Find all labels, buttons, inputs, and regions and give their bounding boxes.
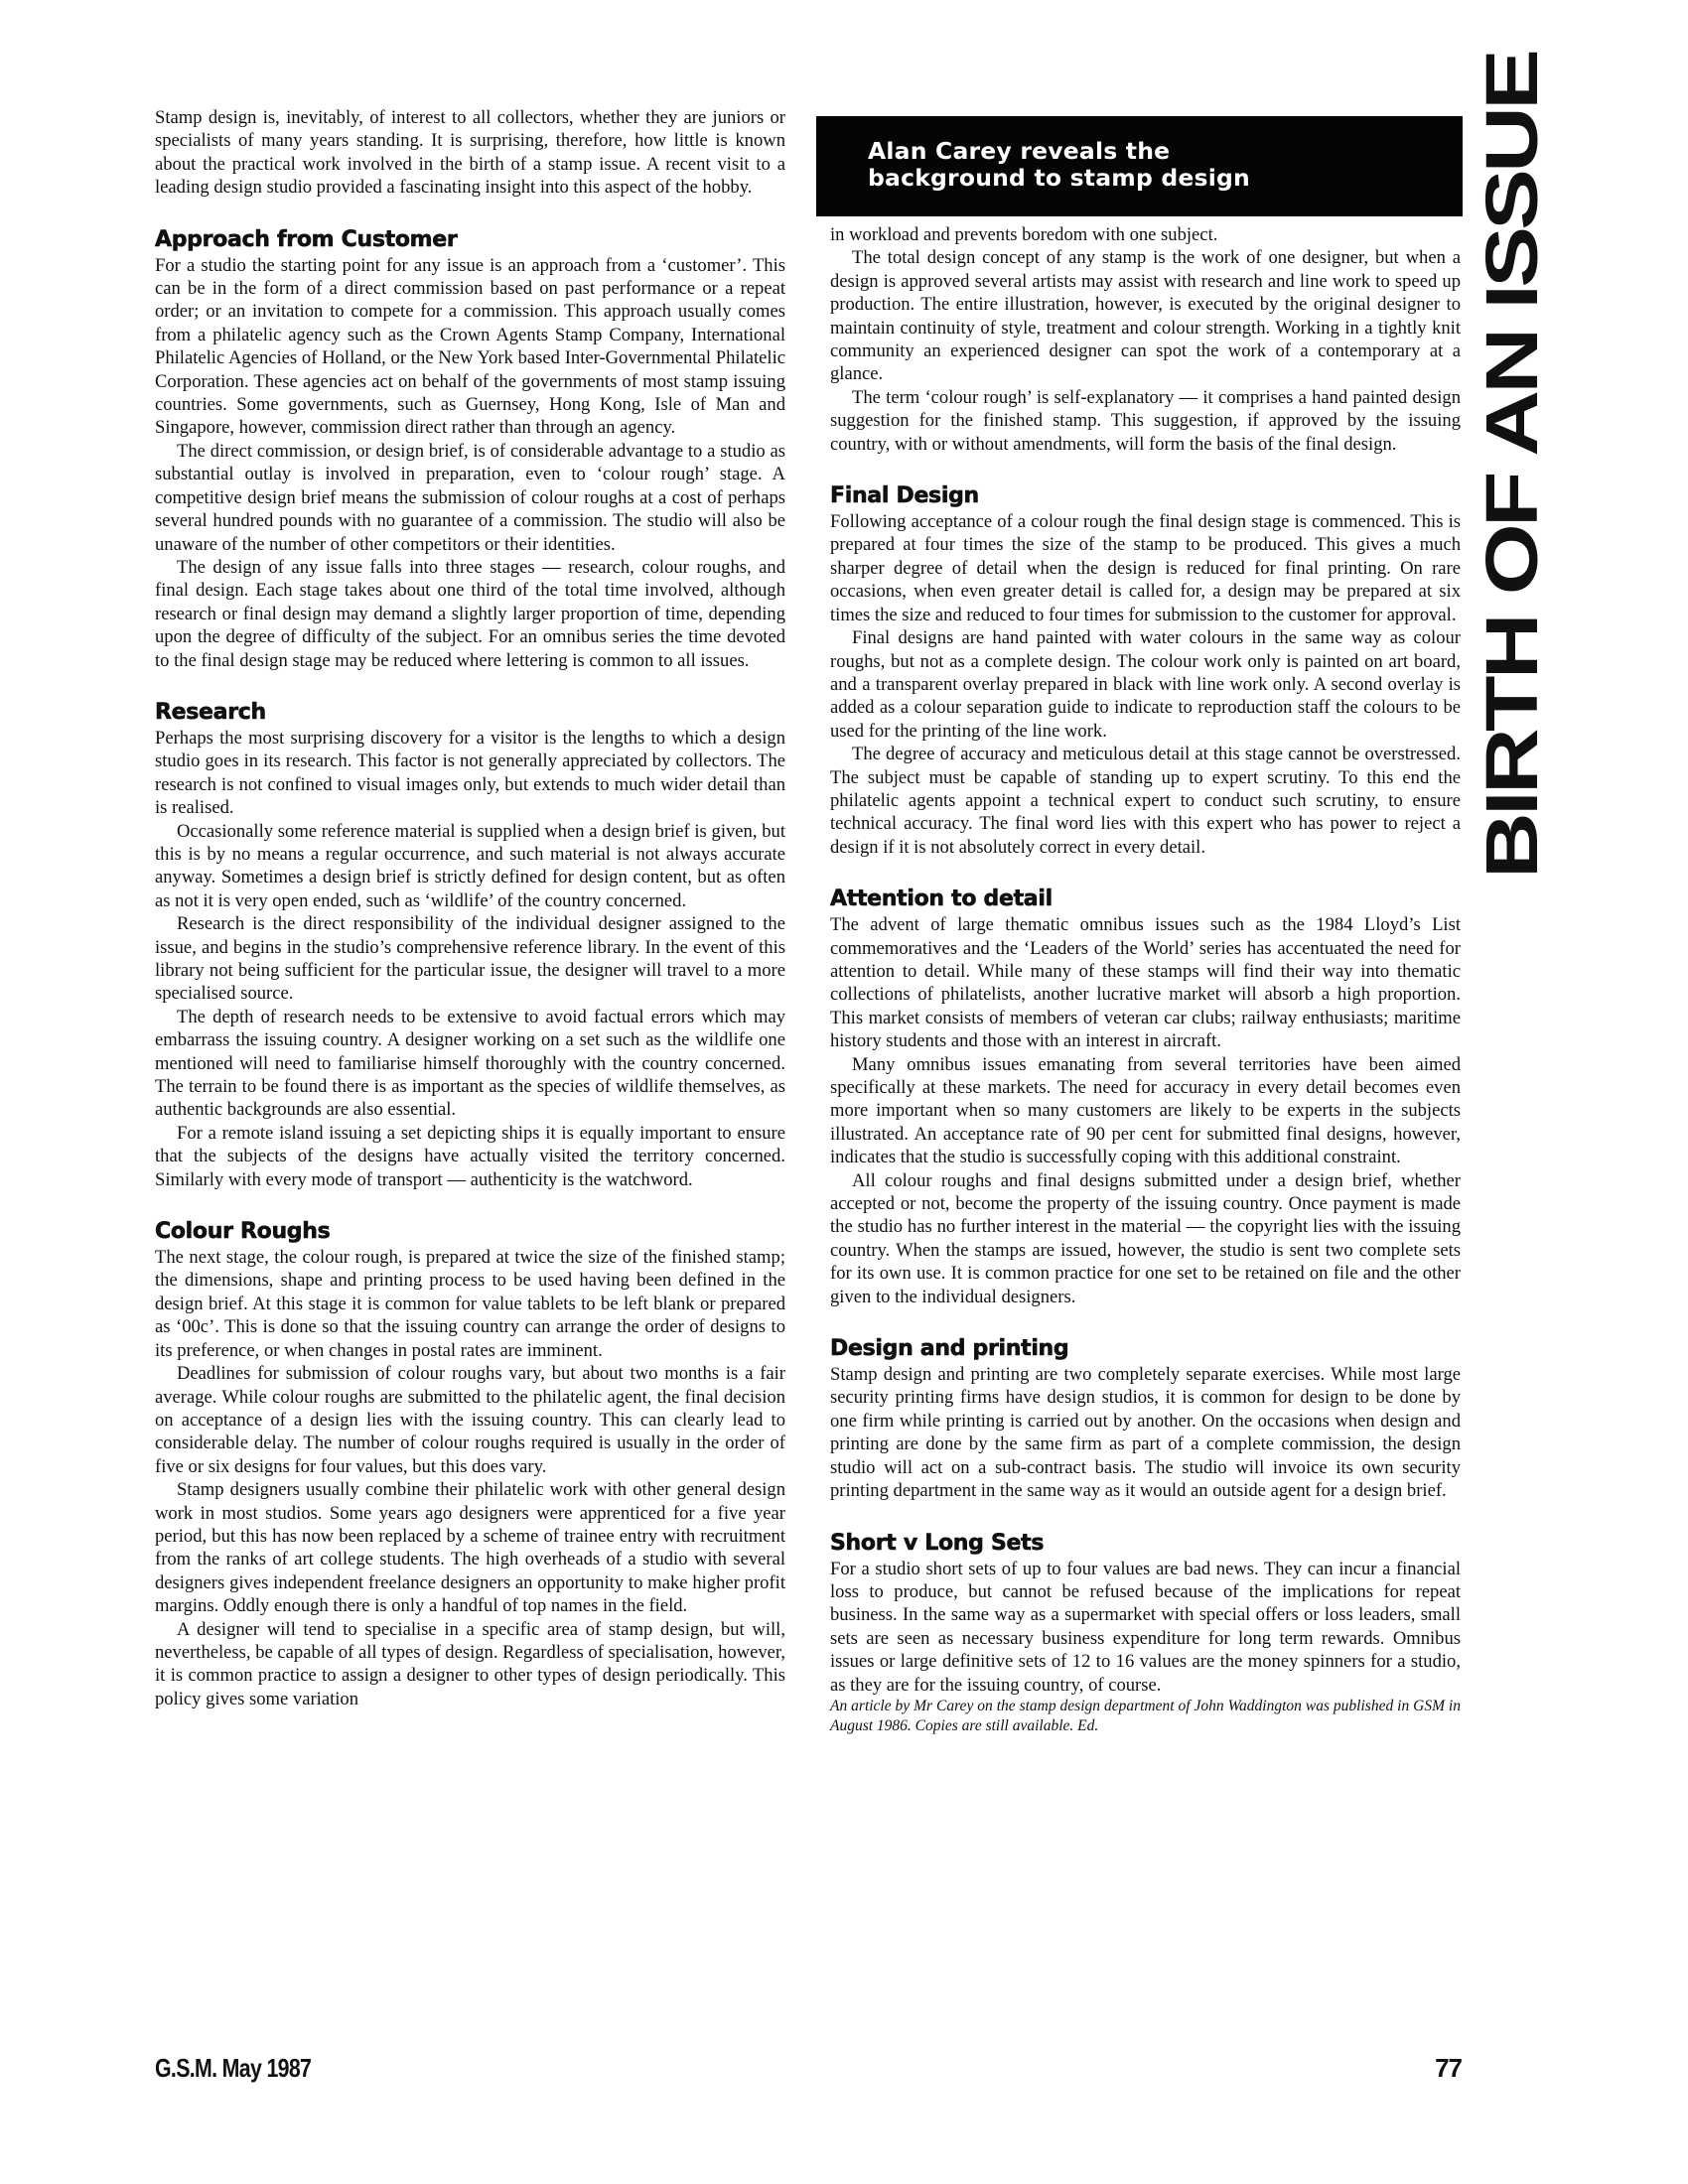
article-title-line-2: background to stamp design	[868, 165, 1250, 192]
section-heading-short-v-long-sets: Short v Long Sets	[830, 1531, 1461, 1557]
paragraph: Stamp designers usually combine their ph…	[155, 1478, 785, 1617]
paragraph: All colour roughs and final designs subm…	[830, 1169, 1461, 1308]
section-heading-colour-roughs: Colour Roughs	[155, 1219, 785, 1245]
section-heading-final-design: Final Design	[830, 483, 1461, 509]
paragraph: The depth of research needs to be extens…	[155, 1006, 785, 1122]
article-title-line-1: Alan Carey reveals the	[868, 138, 1250, 165]
paragraph: Following acceptance of a colour rough t…	[830, 510, 1461, 626]
paragraph: The total design concept of any stamp is…	[830, 246, 1461, 385]
section-heading-attention-to-detail: Attention to detail	[830, 887, 1461, 912]
section-heading-research: Research	[155, 700, 785, 726]
paragraph: The next stage, the colour rough, is pre…	[155, 1246, 785, 1362]
vertical-title-text: BIRTH OF AN ISSUE	[1476, 53, 1549, 879]
article-title: Alan Carey reveals the background to sta…	[868, 138, 1250, 192]
paragraph: For a studio the starting point for any …	[155, 254, 785, 440]
paragraph: Research is the direct responsibility of…	[155, 912, 785, 1006]
paragraph: The term ‘colour rough’ is self-explanat…	[830, 386, 1461, 456]
paragraph: The direct commission, or design brief, …	[155, 440, 785, 556]
paragraph: The degree of accuracy and meticulous de…	[830, 743, 1461, 859]
paragraph: A designer will tend to specialise in a …	[155, 1618, 785, 1711]
right-column: in workload and prevents boredom with on…	[830, 223, 1461, 1736]
section-heading-design-and-printing: Design and printing	[830, 1336, 1461, 1362]
paragraph: The design of any issue falls into three…	[155, 556, 785, 672]
paragraph: The advent of large thematic omnibus iss…	[830, 913, 1461, 1052]
paragraph: For a remote island issuing a set depict…	[155, 1122, 785, 1191]
left-column: Stamp design is, inevitably, of interest…	[155, 106, 785, 1710]
paragraph: Perhaps the most surprising discovery fo…	[155, 727, 785, 820]
vertical-section-title: BIRTH OF AN ISSUE	[1483, 106, 1541, 825]
publication-footer: G.S.M. May 1987	[155, 2053, 311, 2084]
paragraph: Occasionally some reference material is …	[155, 820, 785, 913]
intro-paragraph: Stamp design is, inevitably, of interest…	[155, 106, 785, 200]
paragraph: Stamp design and printing are two comple…	[830, 1363, 1461, 1502]
page-number: 77	[1410, 2053, 1462, 2084]
section-heading-approach: Approach from Customer	[155, 227, 785, 253]
article-title-box: Alan Carey reveals the background to sta…	[816, 116, 1463, 216]
paragraph: Final designs are hand painted with wate…	[830, 626, 1461, 743]
paragraph: For a studio short sets of up to four va…	[830, 1558, 1461, 1697]
paragraph: in workload and prevents boredom with on…	[830, 223, 1461, 246]
paragraph: Many omnibus issues emanating from sever…	[830, 1053, 1461, 1169]
paragraph: Deadlines for submission of colour rough…	[155, 1362, 785, 1478]
editor-note: An article by Mr Carey on the stamp desi…	[830, 1697, 1461, 1736]
